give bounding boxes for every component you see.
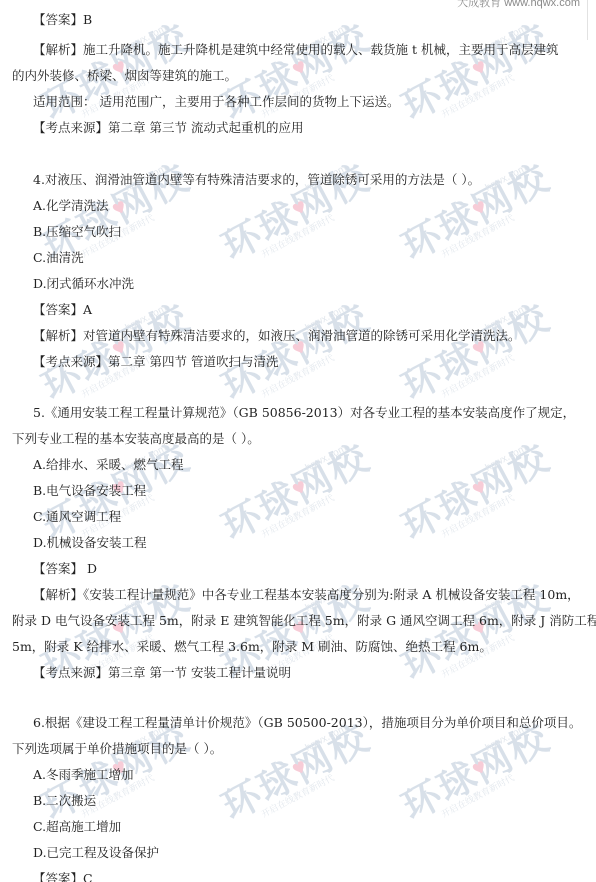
q4-option-b: B.压缩空气吹扫 [33,224,121,240]
q3-source: 【考点来源】第二章 第三节 流动式起重机的应用 [33,120,303,136]
q4-source: 【考点来源】第二章 第四节 管道吹扫与清洗 [33,354,278,370]
q5-option-d: D.机械设备安装工程 [33,535,147,551]
heart-icon: ♥ [289,477,311,501]
q3-analysis-line2: 的内外装修、桥梁、烟囱等建筑的施工。 [12,68,237,84]
heart-icon: ♥ [289,197,311,221]
q4-answer: 【答案】A [33,302,92,318]
q4-stem: 4.对液压、润滑油管道内壁等有特殊清洁要求的，管道除锈可采用的方法是（ ）。 [33,172,480,188]
q5-answer: 【答案】 D [33,561,97,577]
q6-stem-line1: 6.根据《建设工程工程量清单计价规范》（GB 50500-2013），措施项目分… [33,715,581,731]
header-url: 大成教育 www.hqwx.com [457,0,580,10]
q4-option-d: D.闭式循环水冲洗 [33,276,134,292]
heart-icon: ♥ [469,477,491,501]
q5-option-b: B.电气设备安装工程 [33,483,146,499]
q3-scope: 适用范围： 适用范围广，主要用于各种工作层间的货物上下运送。 [33,94,399,110]
q5-analysis-line2: 附录 D 电气设备安装工程 5m，附录 E 建筑智能化工程 5m，附录 G 通风… [12,613,596,629]
q6-option-d: D.已完工程及设备保护 [33,845,159,861]
watermark: 环球网校 ♥ hqwx.com 开启在线教育新时代 [31,427,210,573]
q6-answer: 【答案】C [33,871,93,882]
q3-answer: 【答案】B [33,12,92,28]
q5-source: 【考点来源】第三章 第一节 安装工程计量说明 [33,665,291,681]
heart-icon: ♥ [109,197,131,221]
q3-analysis-line1: 【解析】施工升降机。施工升降机是建筑中经常使用的载人、载货施 t 机械，主要用于… [33,42,558,58]
q6-stem-line2: 下列选项属于单价措施项目的是（ ）。 [12,741,222,757]
watermark: 环球网校 ♥ hqwx.com 开启在线教育新时代 [211,147,390,293]
q5-option-c: C.通风空调工程 [33,509,121,525]
q4-option-a: A.化学清洗法 [33,198,109,214]
q5-stem-line2: 下列专业工程的基本安装高度最高的是（ ）。 [12,431,260,447]
q5-analysis-line3: 5m，附录 K 给排水、采暖、燃气工程 3.6m，附录 M 刷油、防腐蚀、绝热工… [12,639,492,655]
heart-icon: ♥ [469,197,491,221]
watermark: 环球网校 ♥ hqwx.com 开启在线教育新时代 [31,147,210,293]
q5-analysis-line1: 【解析】《安装工程计量规范》中各专业工程基本安装高度分别为:附录 A 机械设备安… [33,587,580,603]
q5-stem-line1: 5.《通用安装工程工程量计算规范》（GB 50856-2013）对各专业工程的基… [33,405,575,421]
q4-option-c: C.油清洗 [33,250,84,266]
watermark: 环球网校 ♥ hqwx.com 开启在线教育新时代 [391,7,570,153]
q6-option-c: C.超高施工增加 [33,819,121,835]
q6-option-b: B.二次搬运 [33,793,96,809]
heart-icon: ♥ [469,57,491,81]
heart-icon: ♥ [469,757,491,781]
heart-icon: ♥ [289,757,311,781]
q5-option-a: A.给排水、采暖、燃气工程 [33,457,184,473]
q4-analysis: 【解析】对管道内壁有特殊清洁要求的，如液压、润滑油管道的除锈可采用化学清洗法。 [33,328,521,344]
q6-option-a: A.冬雨季施工增加 [33,767,134,783]
watermark: 环球网校 ♥ hqwx.com 开启在线教育新时代 [391,427,570,573]
watermark: 环球网校 ♥ hqwx.com 开启在线教育新时代 [391,147,570,293]
page-edge-strip [587,0,596,40]
watermark: 环球网校 ♥ hqwx.com 开启在线教育新时代 [211,427,390,573]
heart-icon: ♥ [289,57,311,81]
